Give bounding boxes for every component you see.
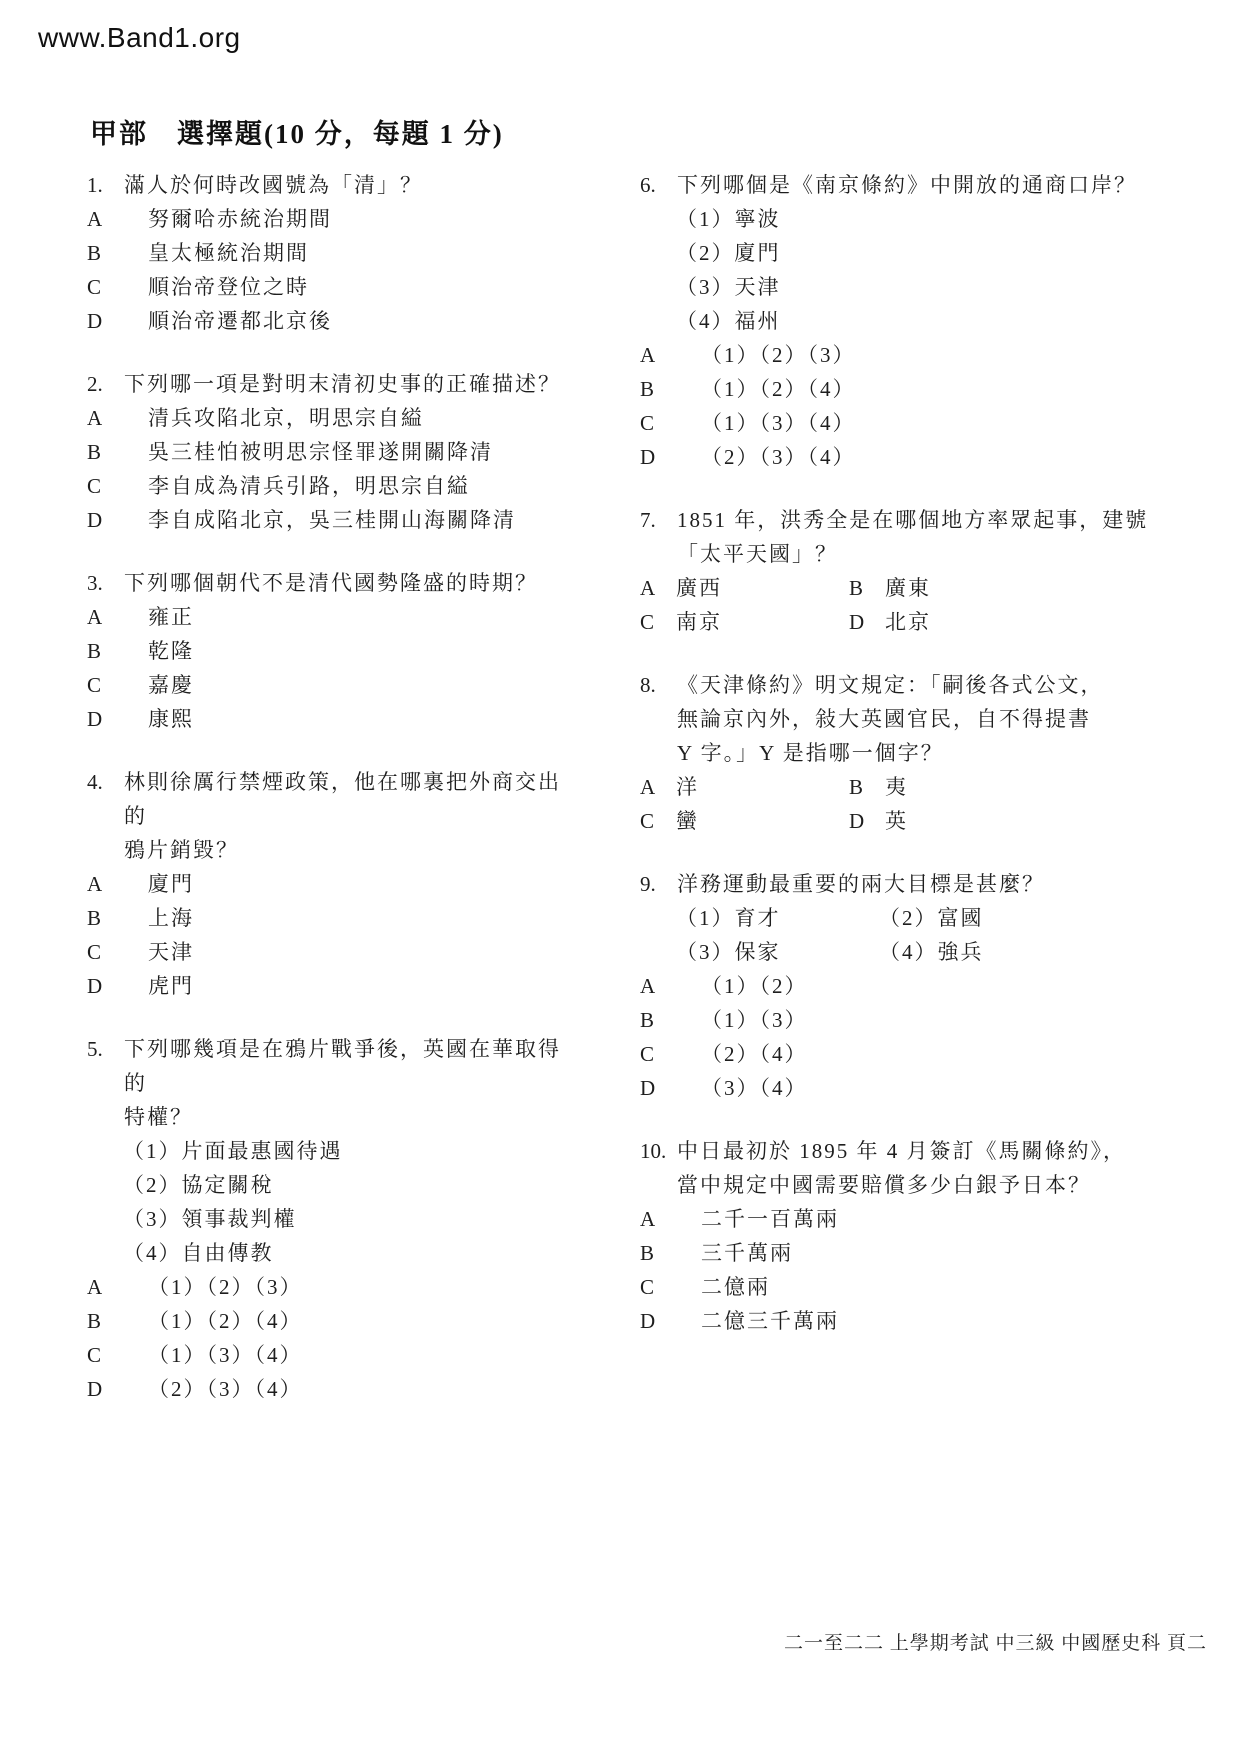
option-row: B（1）（3） — [640, 1003, 1165, 1037]
option-text: 上海 — [148, 901, 194, 935]
option-row: A（1）（2）（3） — [87, 1270, 567, 1304]
question-row: 9.洋務運動最重要的兩大目標是甚麼？ — [640, 867, 1165, 901]
option-letter: A — [87, 202, 148, 236]
question-line: 1851 年，洪秀全是在哪個地方率眾起事，建號 — [677, 503, 1165, 537]
option-letter: D — [640, 440, 701, 474]
question-number: 4. — [87, 765, 124, 867]
option-letter: C — [640, 406, 701, 440]
question-text: 1851 年，洪秀全是在哪個地方率眾起事，建號「太平天國」？ — [677, 503, 1165, 571]
option-row: B乾隆 — [87, 634, 567, 668]
option-letter: C — [87, 935, 148, 969]
option-text: 南京 — [676, 605, 722, 639]
option-text: （1）（3）（4） — [701, 406, 856, 440]
question-number: 2. — [87, 367, 124, 401]
left-column: 1.滿人於何時改國號為「清」？A努爾哈赤統治期間B皇太極統治期間C順治帝登位之時… — [87, 168, 567, 1435]
option-row: C（2）（4） — [640, 1037, 1165, 1071]
question-number: 3. — [87, 566, 124, 600]
option-row: D（2）（3）（4） — [87, 1372, 567, 1406]
question-line: 《天津條約》明文規定：「嗣後各式公文， — [677, 668, 1165, 702]
page-footer: 二一至二二 上學期考試 中三級 中國歷史科 頁二 — [784, 1628, 1207, 1655]
question-line: 洋務運動最重要的兩大目標是甚麼？ — [677, 867, 1165, 901]
question-line: 「太平天國」？ — [677, 537, 1165, 571]
option-text: 蠻 — [676, 804, 699, 838]
option: C南京 — [640, 605, 849, 639]
question-line: 滿人於何時改國號為「清」？ — [124, 168, 567, 202]
option-letter: B — [849, 571, 885, 605]
question-row: 2.下列哪一項是對明末清初史事的正確描述？ — [87, 367, 567, 401]
option-text: 李自成為清兵引路，明思宗自縊 — [148, 469, 470, 503]
option-letter: A — [640, 969, 701, 1003]
option-letter: B — [640, 1236, 701, 1270]
option-row: C（1）（3）（4） — [640, 406, 1165, 440]
option-letter: C — [87, 1338, 148, 1372]
option-text: 李自成陷北京，吳三桂開山海關降清 — [148, 503, 516, 537]
option-letter: C — [640, 1270, 701, 1304]
sub-item: （4）自由傳教 — [87, 1236, 567, 1270]
option-text: 二億三千萬兩 — [701, 1304, 839, 1338]
question-block: 3.下列哪個朝代不是清代國勢隆盛的時期？A雍正B乾隆C嘉慶D康熙 — [87, 566, 567, 736]
option-row: A雍正 — [87, 600, 567, 634]
option-letter: D — [87, 969, 148, 1003]
option-letter: C — [87, 668, 148, 702]
option-row: C二億兩 — [640, 1270, 1165, 1304]
sub-item: （4）強兵 — [879, 935, 984, 969]
option-row: A廈門 — [87, 867, 567, 901]
option-text: 吳三桂怕被明思宗怪罪遂開關降清 — [148, 435, 493, 469]
question-line: 下列哪一項是對明末清初史事的正確描述？ — [124, 367, 567, 401]
option-letter: D — [849, 605, 885, 639]
option: B夷 — [849, 770, 1058, 804]
option-row: D（2）（3）（4） — [640, 440, 1165, 474]
option-text: 嘉慶 — [148, 668, 194, 702]
question-text: 下列哪個朝代不是清代國勢隆盛的時期？ — [124, 566, 567, 600]
option-text: 天津 — [148, 935, 194, 969]
question-line: Y 字。」Y 是指哪一個字？ — [677, 736, 1165, 770]
option-letter: D — [640, 1071, 701, 1105]
option-text: 英 — [885, 804, 908, 838]
option-text: 順治帝登位之時 — [148, 270, 309, 304]
option-row: B（1）（2）（4） — [640, 372, 1165, 406]
question-line: 當中規定中國需要賠償多少白銀予日本？ — [677, 1168, 1165, 1202]
question-line: 鴉片銷毀？ — [124, 833, 567, 867]
option-letter: D — [87, 304, 148, 338]
site-watermark: www.Band1.org — [38, 22, 241, 54]
question-line: 下列哪個是《南京條約》中開放的通商口岸？ — [677, 168, 1165, 202]
sub-item: （2）廈門 — [640, 236, 1165, 270]
option-text: （1）（2）（3） — [701, 338, 856, 372]
question-number: 7. — [640, 503, 677, 571]
question-block: 1.滿人於何時改國號為「清」？A努爾哈赤統治期間B皇太極統治期間C順治帝登位之時… — [87, 168, 567, 338]
option-text: （1）（2）（4） — [148, 1304, 303, 1338]
option-text: （1）（3） — [701, 1003, 808, 1037]
option-text: 乾隆 — [148, 634, 194, 668]
option-row: D二億三千萬兩 — [640, 1304, 1165, 1338]
option-text: （2）（3）（4） — [148, 1372, 303, 1406]
question-text: 洋務運動最重要的兩大目標是甚麼？ — [677, 867, 1165, 901]
question-block: 4.林則徐厲行禁煙政策，他在哪裏把外商交出的鴉片銷毀？A廈門B上海C天津D虎門 — [87, 765, 567, 1003]
option-text: 康熙 — [148, 702, 194, 736]
section-title: 甲部 選擇題(10 分，每題 1 分) — [90, 112, 504, 151]
option-letter: B — [87, 1304, 148, 1338]
question-number: 1. — [87, 168, 124, 202]
question-number: 8. — [640, 668, 677, 770]
question-line: 下列哪幾項是在鴉片戰爭後，英國在華取得的 — [124, 1032, 567, 1100]
sub-item: （1）片面最惠國待遇 — [87, 1134, 567, 1168]
question-text: 林則徐厲行禁煙政策，他在哪裏把外商交出的鴉片銷毀？ — [124, 765, 567, 867]
option-letter: B — [640, 1003, 701, 1037]
question-block: 8.《天津條約》明文規定：「嗣後各式公文，無論京內外，敍大英國官民，自不得提書Y… — [640, 668, 1165, 838]
option-letter: C — [87, 270, 148, 304]
sub-item: （4）福州 — [640, 304, 1165, 338]
option-row: C天津 — [87, 935, 567, 969]
option-letter: B — [849, 770, 885, 804]
option-letter: D — [640, 1304, 701, 1338]
option-text: 夷 — [885, 770, 908, 804]
question-text: 下列哪幾項是在鴉片戰爭後，英國在華取得的特權？ — [124, 1032, 567, 1134]
question-row: 5.下列哪幾項是在鴉片戰爭後，英國在華取得的特權？ — [87, 1032, 567, 1134]
option-letter: D — [87, 1372, 148, 1406]
option-letter: A — [87, 401, 148, 435]
option-letter: A — [87, 867, 148, 901]
question-text: 下列哪一項是對明末清初史事的正確描述？ — [124, 367, 567, 401]
question-block: 6.下列哪個是《南京條約》中開放的通商口岸？（1）寧波（2）廈門（3）天津（4）… — [640, 168, 1165, 474]
option-text: 北京 — [885, 605, 931, 639]
question-number: 5. — [87, 1032, 124, 1134]
option: A洋 — [640, 770, 849, 804]
option-row: C南京D北京 — [640, 605, 1165, 639]
option-row: C嘉慶 — [87, 668, 567, 702]
option-row: C蠻D英 — [640, 804, 1165, 838]
option-letter: B — [87, 435, 148, 469]
option-row: B吳三桂怕被明思宗怪罪遂開關降清 — [87, 435, 567, 469]
option-text: 二億兩 — [701, 1270, 770, 1304]
question-row: 1.滿人於何時改國號為「清」？ — [87, 168, 567, 202]
option-letter: D — [87, 503, 148, 537]
question-text: 《天津條約》明文規定：「嗣後各式公文，無論京內外，敍大英國官民，自不得提書Y 字… — [677, 668, 1165, 770]
question-line: 特權？ — [124, 1100, 567, 1134]
question-text: 滿人於何時改國號為「清」？ — [124, 168, 567, 202]
sub-item: （3）領事裁判權 — [87, 1202, 567, 1236]
right-column: 6.下列哪個是《南京條約》中開放的通商口岸？（1）寧波（2）廈門（3）天津（4）… — [640, 168, 1165, 1367]
option-row: A洋B夷 — [640, 770, 1165, 804]
option-letter: A — [87, 1270, 148, 1304]
option-text: 廈門 — [148, 867, 194, 901]
option-letter: C — [640, 1037, 701, 1071]
question-line: 林則徐厲行禁煙政策，他在哪裏把外商交出的 — [124, 765, 567, 833]
option-text: （1）（2）（3） — [148, 1270, 303, 1304]
question-number: 9. — [640, 867, 677, 901]
option-letter: B — [87, 901, 148, 935]
question-row: 3.下列哪個朝代不是清代國勢隆盛的時期？ — [87, 566, 567, 600]
option-text: 二千一百萬兩 — [701, 1202, 839, 1236]
option: C蠻 — [640, 804, 849, 838]
option-row: D李自成陷北京，吳三桂開山海關降清 — [87, 503, 567, 537]
option-row: A二千一百萬兩 — [640, 1202, 1165, 1236]
sub-item-row: （1）育才（2）富國 — [640, 901, 1165, 935]
option-letter: A — [640, 338, 701, 372]
option: D北京 — [849, 605, 1058, 639]
option-letter: A — [640, 1202, 701, 1236]
question-block: 5.下列哪幾項是在鴉片戰爭後，英國在華取得的特權？（1）片面最惠國待遇（2）協定… — [87, 1032, 567, 1406]
sub-item: （3）天津 — [640, 270, 1165, 304]
option-row: B（1）（2）（4） — [87, 1304, 567, 1338]
option-text: 洋 — [676, 770, 699, 804]
option-text: 皇太極統治期間 — [148, 236, 309, 270]
exam-page: www.Band1.org 甲部 選擇題(10 分，每題 1 分) 1.滿人於何… — [0, 0, 1240, 1754]
option-text: 雍正 — [148, 600, 194, 634]
option-letter: B — [87, 634, 148, 668]
option-row: C（1）（3）（4） — [87, 1338, 567, 1372]
option-text: 順治帝遷都北京後 — [148, 304, 332, 338]
question-block: 9.洋務運動最重要的兩大目標是甚麼？（1）育才（2）富國（3）保家（4）強兵A（… — [640, 867, 1165, 1105]
question-line: 中日最初於 1895 年 4 月簽訂《馬關條約》， — [677, 1134, 1165, 1168]
question-line: 無論京內外，敍大英國官民，自不得提書 — [677, 702, 1165, 736]
option-letter: A — [640, 571, 676, 605]
question-row: 8.《天津條約》明文規定：「嗣後各式公文，無論京內外，敍大英國官民，自不得提書Y… — [640, 668, 1165, 770]
question-text: 下列哪個是《南京條約》中開放的通商口岸？ — [677, 168, 1165, 202]
option-row: D順治帝遷都北京後 — [87, 304, 567, 338]
option-letter: C — [640, 804, 676, 838]
sub-item: （1）寧波 — [640, 202, 1165, 236]
question-block: 2.下列哪一項是對明末清初史事的正確描述？A清兵攻陷北京，明思宗自縊B吳三桂怕被… — [87, 367, 567, 537]
option-text: （1）（2）（4） — [701, 372, 856, 406]
option-letter: A — [87, 600, 148, 634]
option-row: A（1）（2）（3） — [640, 338, 1165, 372]
option-row: A清兵攻陷北京，明思宗自縊 — [87, 401, 567, 435]
question-row: 10.中日最初於 1895 年 4 月簽訂《馬關條約》，當中規定中國需要賠償多少… — [640, 1134, 1165, 1202]
option-row: A努爾哈赤統治期間 — [87, 202, 567, 236]
option-row: B三千萬兩 — [640, 1236, 1165, 1270]
sub-item: （1）育才 — [676, 901, 879, 935]
option-text: （3）（4） — [701, 1071, 808, 1105]
question-text: 中日最初於 1895 年 4 月簽訂《馬關條約》，當中規定中國需要賠償多少白銀予… — [677, 1134, 1165, 1202]
option-letter: C — [640, 605, 676, 639]
option-letter: D — [849, 804, 885, 838]
option-text: 虎門 — [148, 969, 194, 1003]
sub-item: （2）協定關稅 — [87, 1168, 567, 1202]
question-number: 10. — [640, 1134, 677, 1202]
option-letter: D — [87, 702, 148, 736]
option-text: 清兵攻陷北京，明思宗自縊 — [148, 401, 424, 435]
question-block: 7.1851 年，洪秀全是在哪個地方率眾起事，建號「太平天國」？A廣西B廣東C南… — [640, 503, 1165, 639]
option-letter: B — [640, 372, 701, 406]
option-text: 三千萬兩 — [701, 1236, 793, 1270]
option-row: A廣西B廣東 — [640, 571, 1165, 605]
option-text: （2）（3）（4） — [701, 440, 856, 474]
question-number: 6. — [640, 168, 677, 202]
option-text: 廣東 — [885, 571, 931, 605]
question-row: 6.下列哪個是《南京條約》中開放的通商口岸？ — [640, 168, 1165, 202]
sub-item-row: （3）保家（4）強兵 — [640, 935, 1165, 969]
option-text: （1）（3）（4） — [148, 1338, 303, 1372]
option-text: （1）（2） — [701, 969, 808, 1003]
option-letter: A — [640, 770, 676, 804]
option-text: 努爾哈赤統治期間 — [148, 202, 332, 236]
sub-item: （2）富國 — [879, 901, 984, 935]
option-text: （2）（4） — [701, 1037, 808, 1071]
option-text: 廣西 — [676, 571, 722, 605]
option-row: C順治帝登位之時 — [87, 270, 567, 304]
question-row: 4.林則徐厲行禁煙政策，他在哪裏把外商交出的鴉片銷毀？ — [87, 765, 567, 867]
question-row: 7.1851 年，洪秀全是在哪個地方率眾起事，建號「太平天國」？ — [640, 503, 1165, 571]
sub-item: （3）保家 — [676, 935, 879, 969]
option-row: D（3）（4） — [640, 1071, 1165, 1105]
question-block: 10.中日最初於 1895 年 4 月簽訂《馬關條約》，當中規定中國需要賠償多少… — [640, 1134, 1165, 1338]
option: D英 — [849, 804, 1058, 838]
option-letter: C — [87, 469, 148, 503]
option-row: D虎門 — [87, 969, 567, 1003]
question-line: 下列哪個朝代不是清代國勢隆盛的時期？ — [124, 566, 567, 600]
option-row: A（1）（2） — [640, 969, 1165, 1003]
option-row: D康熙 — [87, 702, 567, 736]
option-row: C李自成為清兵引路，明思宗自縊 — [87, 469, 567, 503]
option: B廣東 — [849, 571, 1058, 605]
option-letter: B — [87, 236, 148, 270]
option-row: B上海 — [87, 901, 567, 935]
option-row: B皇太極統治期間 — [87, 236, 567, 270]
option: A廣西 — [640, 571, 849, 605]
